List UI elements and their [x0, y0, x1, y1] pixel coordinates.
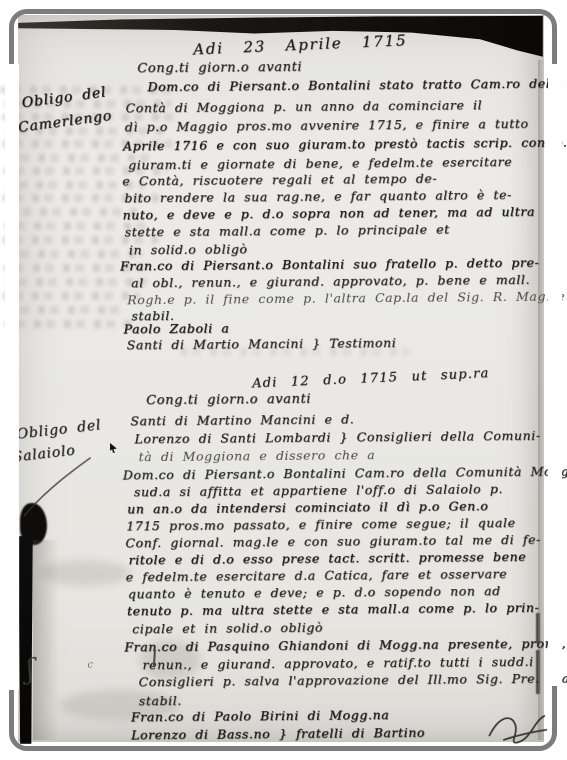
manuscript-scan: Adi 23 Aprile 1715 Cong.ti giorn.o avant… [0, 0, 567, 760]
frame-side-gap [5, 64, 19, 690]
viewer-frame [9, 9, 557, 751]
frame-side-gap [548, 64, 562, 686]
